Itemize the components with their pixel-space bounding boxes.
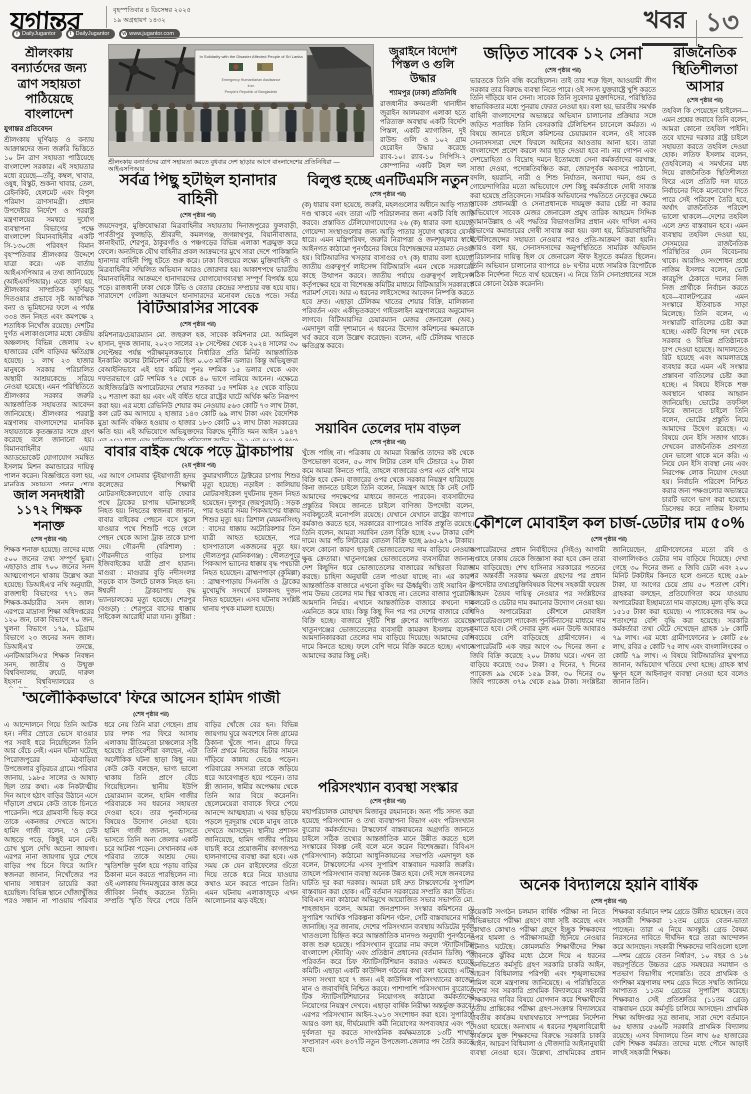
story-soybean-body: খুঁজে পাচ্ছি না। পত্রিকায় যে আমরা বিজ্ঞ… [302,450,474,662]
story-return-body: এ আন্দোলনে গিয়ে তিনি আটক হন। নদীর স্রোত… [4,722,298,907]
story-mobile-headline: কৌশলে মোবাইল কল চার্জ-ডেটার দাম ৫০% [470,515,748,534]
story-statistics-body: মহাপরিচালক মোহাম্মদ মিজানুর রহমানকে। অন্… [302,809,474,1056]
story-bike-truck-continued: (২য় পৃষ্ঠার পর) [98,461,300,471]
story-mobile-continued: (শেষ পৃষ্ঠার পর) [470,535,748,545]
story-fake-certificates-headline: জাল সনদধারী ১১৭২ শিক্ষক শনাক্ত [4,488,94,534]
story-soybean-oil-price: সয়াবিন তেলের দাম বাড়ল (শেষ পৃষ্ঠার পর)… [302,420,474,777]
masthead-rule [148,37,743,38]
story-ntmc-continued: (শেষ পৃষ্ঠার পর) [302,190,474,200]
story-btrc-former-body: কমিশনার/চেয়ারম্যান মো. জহুরুল হক, সাবেক… [98,332,298,441]
story-btrc-former: বিটিআরসির সাবেক (শেষ পৃষ্ঠার পর) কমিশনার… [98,300,298,441]
story-btrc-former-headline: বিটিআরসির সাবেক [98,300,298,319]
news-photo-block: In Solidarity with the Disaster Affected… [108,44,374,171]
story-soybean-continued: (শেষ পৃষ্ঠার পর) [302,438,474,448]
date-gregorian: বৃহস্পতিবার ৪ ডিসেম্বর ২০২৫ [113,6,191,16]
story-statistics-reform: পরিসংখ্যান ব্যবস্থা সংস্কার (শেষ পৃষ্ঠার… [302,779,474,1094]
section-divider [696,20,697,46]
story-jurain-body: রাজধানীর কদমতলী থানাধীন জুরাইন আলমবাগ এল… [380,101,466,170]
story-annual-exams: অনেক বিদ্যালয়ে হয়নি বার্ষিক (শেষ পৃষ্ঠ… [470,877,748,1094]
masthead-divider [106,6,107,28]
story-exams-continued: (শেষ পৃষ্ঠার পর) [470,897,748,907]
story-political-headline: রাজনৈতিক স্থিতিশীলতা আসার [662,44,748,95]
story-soybean-headline: সয়াবিন তেলের দাম বাড়ল [302,420,474,437]
section-label: খবর [642,2,688,46]
story-return-continued: (শেষ পৃষ্ঠার পর) [4,710,298,720]
story-jurain-headline: জুরাইনে বিদেশি পিস্তল ও গুলি উদ্ধার [380,46,466,86]
story-exams-headline: অনেক বিদ্যালয়ে হয়নি বার্ষিক [470,877,748,896]
story-soldiers-body: ভারতকে তিনি বন্ধি করেছিলেন। তাই তার শত্র… [470,78,656,290]
story-srilanka-headline: শ্রীলংকায় বন্যার্তদের জন্য ত্রাণ সহায়ত… [4,46,94,122]
twitter-badge[interactable]: tDailyJugantor [66,29,116,39]
story-retreating-forces: সর্বত্র পিছু হটছিল হানাদার বাহিনী (শেষ প… [98,172,298,298]
story-exams-body: কয়েকটি সংগঠন চলমান বার্ষিক পরীক্ষা না ন… [470,909,748,1059]
facebook-handle: DailyJugantor [22,31,56,37]
page-number: ১৩ [705,2,739,46]
story-bike-truck-headline: বাবার বাইক থেকে পড়ে ট্রাকচাপায় [98,443,300,460]
story-bike-truck-accident: বাবার বাইক থেকে পড়ে ট্রাকচাপায় (২য় পৃ… [98,443,300,688]
story-ntmc-headline: বিলুপ্ত হচ্ছে এনটিএমসি নতুন [302,172,474,189]
story-btrc-former-continued: (শেষ পৃষ্ঠার পর) [98,320,298,330]
news-photo: In Solidarity with the Disaster Affected… [108,44,374,157]
story-mobile-body: অপারেটরদের প্রধান নির্বাহীদের (সিইও) আগা… [470,547,748,688]
banner-title: In Solidarity with the Disaster Affected… [199,54,303,59]
story-mobile-data-price: কৌশলে মোবাইল কল চার্জ-ডেটার দাম ৫০% (শেষ… [470,515,748,875]
story-retreating-forces-body: জয়দেবপুর, মুক্তিযোদ্ধারা মিত্রবাহিনীর স… [98,223,298,298]
story-ntmc-abolished: বিলুপ্ত হচ্ছে এনটিএমসি নতুন (শেষ পৃষ্ঠার… [302,172,474,418]
banner: In Solidarity with the Disaster Affected… [195,50,307,102]
story-return-headline: 'অলৌকিকভাবে' ফিরে আসেন হামিদ গাজী [4,690,298,709]
facebook-badge[interactable]: fDailyJugantor [12,29,62,39]
newspaper-page: যুগান্তর বৃহস্পতিবার ৪ ডিসেম্বর ২০২৫ ১৯ … [0,0,751,1094]
photo-people-silhouettes [116,103,365,142]
story-srilanka-byline: যুগান্তর প্রতিবেদন [4,123,94,135]
story-political-stability: রাজনৈতিক স্থিতিশীলতা আসার (শেষ পৃষ্ঠার প… [662,44,748,512]
masthead-logo: যুগান্তর [8,2,82,47]
story-jurain-pistol: জুরাইনে বিদেশি পিস্তল ও গুলি উদ্ধার শ্যা… [380,46,466,170]
story-retreating-forces-headline: সর্বত্র পিছু হটছিল হানাদার বাহিনী [98,172,298,210]
date-bangla: ১৯ অগ্রহায়ণ ১৪৩২ [113,16,191,26]
story-fake-certificates: জাল সনদধারী ১১৭২ শিক্ষক শনাক্ত (শেষ পৃষ্… [4,488,94,688]
globe-icon: w [121,31,127,37]
story-political-continued: (শেষ পৃষ্ঠার পর) [662,96,748,106]
story-srilanka-body: শ্রীলংকায় ঘূর্ণিঝড় ও বন্যায় আক্রান্তদ… [4,137,94,486]
story-miraculous-return: 'অলৌকিকভাবে' ফিরে আসেন হামিদ গাজী (শেষ প… [4,690,298,1094]
story-statistics-headline: পরিসংখ্যান ব্যবস্থা সংস্কার [302,779,474,796]
banner-sub3: People's Republic of Bangladesh [225,90,278,94]
banner-sub2: from [248,84,255,88]
news-photo-illustration: In Solidarity with the Disaster Affected… [109,45,373,156]
story-fake-certificates-body: শিক্ষক শনাক্ত হয়েছে। তাদের মধ্যে ৫০০ জন… [4,547,94,688]
story-retreating-forces-continued: (শেষ পৃষ্ঠার পর) [98,211,298,221]
story-twelve-ex-soldiers: জড়িত সাবেক ১২ সেনা (শেষ পৃষ্ঠার পর) ভার… [470,44,656,512]
twitter-handle: DailyJugantor [76,31,110,37]
story-political-body: তহবিল কি পেয়েছেন চাইলেন—এমন প্রশ্নের জব… [662,108,748,512]
story-jurain-byline: শ্যামপুর (ঢাকা) প্রতিনিধি [380,87,466,99]
story-statistics-continued: (শেষ পৃষ্ঠার পর) [302,797,474,807]
facebook-icon: f [14,31,20,37]
section-header: খবর ১৩ [642,2,739,46]
story-soldiers-headline: জড়িত সাবেক ১২ সেনা [470,44,656,65]
story-bike-truck-body: এর আগে সোমবার ভূঁইয়াগাতী হৃদয় কলেজের শ… [98,473,300,623]
story-ntmc-body: (ক) ধারায় বলা হয়েছে, জরুরি, মহলগুলোর অ… [302,202,474,352]
banner-sub1: Emergency Humanitarian Assistance [222,78,281,82]
story-srilanka: শ্রীলংকায় বন্যার্তদের জন্য ত্রাণ সহায়ত… [4,46,94,486]
twitter-icon: t [68,31,74,37]
masthead: যুগান্তর বৃহস্পতিবার ৪ ডিসেম্বর ২০২৫ ১৯ … [0,0,751,40]
masthead-dates: বৃহস্পতিবার ৪ ডিসেম্বর ২০২৫ ১৯ অগ্রহায়ণ… [113,6,191,26]
story-soldiers-continued: (শেষ পৃষ্ঠার পর) [470,66,656,76]
story-fake-certificates-continued: (শেষ পৃষ্ঠার পর) [4,535,94,545]
